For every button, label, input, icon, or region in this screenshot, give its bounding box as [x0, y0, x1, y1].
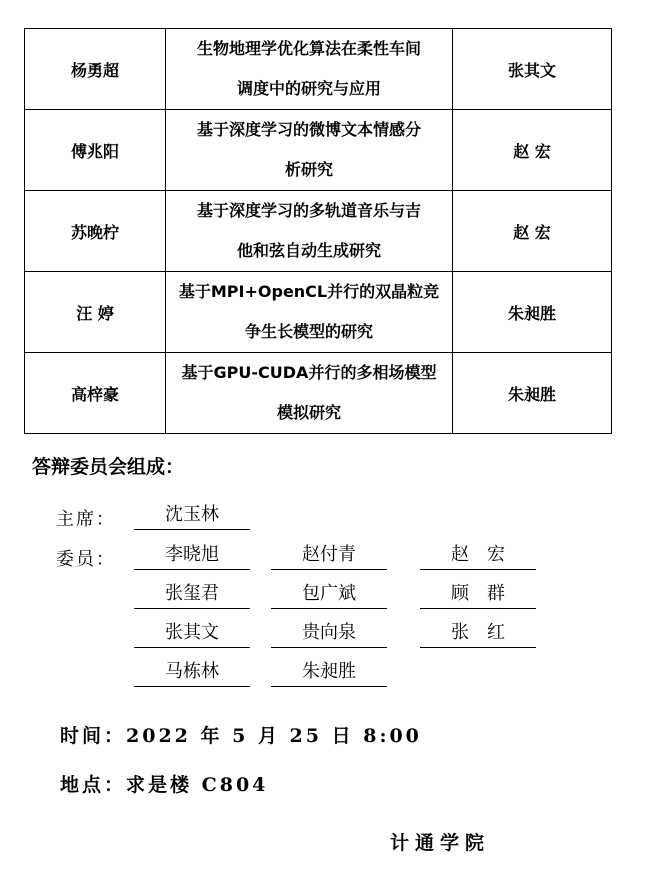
thesis-title-line: 基于深度学习的微博文本情感分: [166, 110, 452, 150]
student-name: 杨勇超: [25, 29, 166, 110]
table-row: 傅兆阳 基于深度学习的微博文本情感分析研究 赵 宏: [25, 110, 612, 191]
advisor-name: 赵 宏: [453, 110, 612, 191]
member-name: 贵向泉: [271, 621, 387, 648]
thesis-title-line: 基于深度学习的多轨道音乐与吉: [166, 191, 452, 231]
member-name: 顾 群: [420, 582, 536, 609]
thesis-title-line: 生物地理学优化算法在柔性车间: [166, 29, 452, 69]
thesis-title-line: 他和弦自动生成研究: [166, 231, 452, 271]
member-name: 包广斌: [271, 582, 387, 609]
thesis-title: 基于深度学习的多轨道音乐与吉他和弦自动生成研究: [166, 191, 453, 272]
advisor-name: 赵 宏: [453, 191, 612, 272]
thesis-title-line: 基于GPU-CUDA并行的多相场模型: [166, 353, 452, 393]
defense-location: 地点：求是楼 C804: [60, 770, 268, 797]
advisor-name: 朱昶胜: [453, 353, 612, 434]
defense-schedule-table: 杨勇超 生物地理学优化算法在柔性车间调度中的研究与应用 张其文 傅兆阳 基于深度…: [24, 28, 612, 434]
thesis-title: 基于MPI+OpenCL并行的双晶粒竞争生长模型的研究: [166, 272, 453, 353]
table-row: 高梓豪 基于GPU-CUDA并行的多相场模型模拟研究 朱昶胜: [25, 353, 612, 434]
member-name: 朱昶胜: [271, 660, 387, 687]
table-row: 汪 婷 基于MPI+OpenCL并行的双晶粒竞争生长模型的研究 朱昶胜: [25, 272, 612, 353]
thesis-title-line: 调度中的研究与应用: [166, 69, 452, 109]
advisor-name: 张其文: [453, 29, 612, 110]
members-label: 委员：: [56, 545, 116, 571]
thesis-title: 生物地理学优化算法在柔性车间调度中的研究与应用: [166, 29, 453, 110]
member-name: 马栋林: [134, 660, 250, 687]
student-name: 傅兆阳: [25, 110, 166, 191]
thesis-title-line: 模拟研究: [166, 393, 452, 433]
student-name: 高梓豪: [25, 353, 166, 434]
chair-label: 主席：: [56, 505, 116, 531]
signature: 计通学院: [390, 828, 490, 855]
thesis-title-line: 争生长模型的研究: [166, 312, 452, 352]
member-name: 张玺君: [134, 582, 250, 609]
table-row: 杨勇超 生物地理学优化算法在柔性车间调度中的研究与应用 张其文: [25, 29, 612, 110]
chair-name: 沈玉林: [134, 503, 250, 530]
committee-heading: 答辩委员会组成：: [32, 452, 184, 479]
member-name: 赵付青: [271, 543, 387, 570]
thesis-title-line: 析研究: [166, 150, 452, 190]
member-name: 李晓旭: [134, 543, 250, 570]
member-name: 张其文: [134, 621, 250, 648]
student-name: 苏晚柠: [25, 191, 166, 272]
thesis-title: 基于深度学习的微博文本情感分析研究: [166, 110, 453, 191]
thesis-title: 基于GPU-CUDA并行的多相场模型模拟研究: [166, 353, 453, 434]
table-row: 苏晚柠 基于深度学习的多轨道音乐与吉他和弦自动生成研究 赵 宏: [25, 191, 612, 272]
student-name: 汪 婷: [25, 272, 166, 353]
defense-time: 时间：2022 年 5 月 25 日 8:00: [60, 721, 422, 748]
thesis-title-line: 基于MPI+OpenCL并行的双晶粒竞: [166, 272, 452, 312]
member-name: 张 红: [420, 621, 536, 648]
advisor-name: 朱昶胜: [453, 272, 612, 353]
member-name: 赵 宏: [420, 543, 536, 570]
